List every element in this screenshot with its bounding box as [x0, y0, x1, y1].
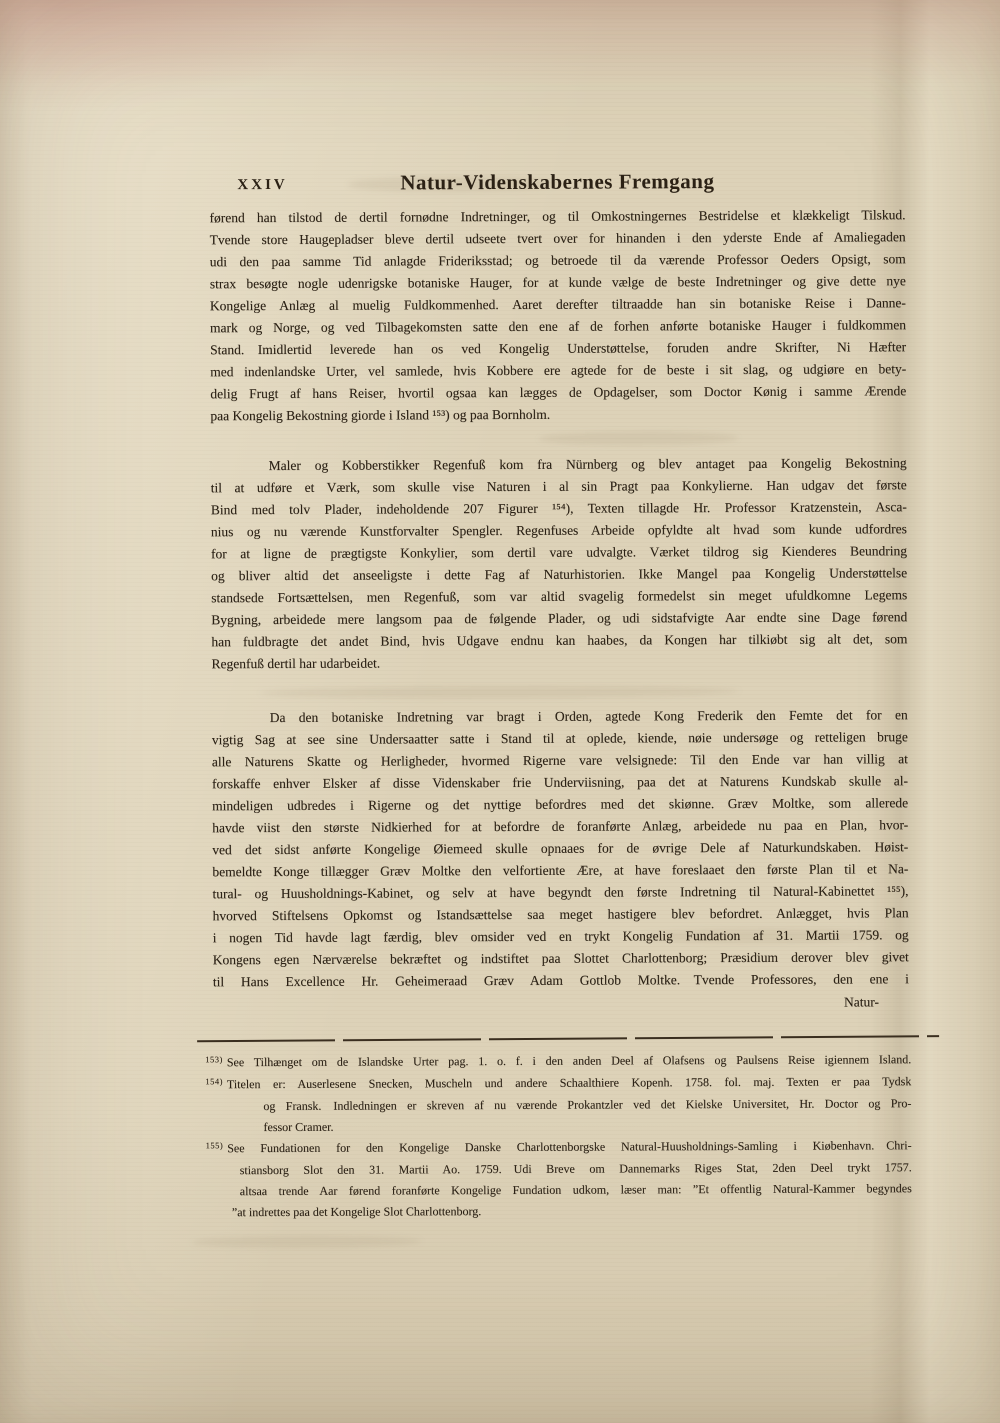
line-text: og bliver altid det anseeligste i dette … — [211, 565, 907, 583]
text-line: med indenlandske Urter, vel samlede, hvi… — [210, 358, 906, 383]
line-text: til at udføre et Værk, som skulle vise N… — [211, 477, 907, 495]
line-text: Maler og Kobberstikker Regenfuß kom fra … — [269, 455, 907, 473]
footnote-text: Titelen er: Auserlesene Snecken, Muschel… — [227, 1074, 911, 1091]
line-text: med indenlandske Urter, vel samlede, hvi… — [210, 361, 906, 379]
footnote-line: 153)See Tilhænget om de Islandske Urter … — [205, 1049, 911, 1074]
line-text: mark og Norge, og ved Tilbagekomsten sat… — [210, 317, 906, 335]
text-line: Kongens egen Nærværelse bekræftet og ind… — [213, 946, 909, 971]
line-text: forskaffe enhver Elsker af disse Vidensk… — [212, 773, 908, 791]
text-line: Da den botaniske Indretning var bragt i … — [212, 704, 908, 729]
line-text: førend han tilstod de dertil fornødne In… — [209, 207, 905, 225]
text-line: til Hans Excellence Hr. Geheimeraad Græv… — [213, 968, 909, 993]
footnote-text: altsaa trende Aar førend foranførte Kong… — [240, 1181, 912, 1198]
text-line: Stand. Imidlertid leverede han os ved Ko… — [210, 336, 906, 361]
line-text: hvorved Stiftelsens Opkomst og Istandsæt… — [213, 905, 909, 923]
footnote-marker: 155) — [206, 1140, 224, 1150]
line-text: alle Naturens Skatte og Herligheder, hvo… — [212, 751, 908, 769]
text-line: han fuldbragte det andet Bind, hvis Udga… — [211, 628, 907, 653]
footnote-line: 155)See Fundationen for den Kongelige Da… — [206, 1135, 912, 1160]
text-line: 1760.mark og Norge, og ved Tilbagekomste… — [210, 314, 906, 339]
page-content: XXIV Natur-Videnskabernes Fremgang føren… — [0, 0, 1000, 1423]
line-text: bemeldte Konge tillægger Græv Moltke den… — [212, 861, 908, 879]
text-line: 1758.til at udføre et Værk, som skulle v… — [211, 474, 907, 499]
paragraph: førend han tilstod de dertil fornødne In… — [209, 204, 906, 427]
body-text: førend han tilstod de dertil fornødne In… — [209, 204, 908, 993]
text-line: forskaffe enhver Elsker af disse Vidensk… — [212, 770, 908, 795]
page-header: XXIV Natur-Videnskabernes Fremgang — [209, 168, 905, 203]
text-line: vigtig Sag at see sine Undersaatter satt… — [212, 726, 908, 751]
line-text: Tvende store Haugepladser bleve dertil u… — [210, 229, 906, 247]
text-line: delig Frugt af hans Reiser, hvortil ogsa… — [210, 380, 906, 405]
line-text: Da den botaniske Indretning var bragt i … — [270, 707, 908, 725]
text-line: hvorved Stiftelsens Opkomst og Istandsæt… — [213, 902, 909, 927]
line-text: Kongens egen Nærværelse bekræftet og ind… — [213, 949, 909, 967]
footnote-text: ”at indrettes paa det Kongelige Slot Cha… — [232, 1204, 481, 1219]
line-text: mindeligen udbredes i Rigerne og det nyt… — [212, 795, 908, 813]
text-line: førend han tilstod de dertil fornødne In… — [209, 204, 905, 229]
text-line: og bliver altid det anseeligste i dette … — [211, 562, 907, 587]
text-line: Bygning, arbeidede mere langsom paa de f… — [211, 606, 907, 631]
paragraph: Da den botaniske Indretning var bragt i … — [212, 704, 909, 993]
line-text: Regenfuß dertil har udarbeidet. — [211, 656, 380, 672]
footnote-marker: 154) — [205, 1076, 223, 1086]
text-line: 1756.tural- og Huusholdnings-Kabinet, og… — [212, 880, 908, 905]
text-line: standsede Fortsættelsen, men Regenfuß, s… — [211, 584, 907, 609]
paragraph: 1756.Maler og Kobberstikker Regenfuß kom… — [211, 452, 908, 675]
footnote-text: stiansborg Slot den 31. Martii Ao. 1759.… — [240, 1160, 912, 1177]
footnote-line: ”at indrettes paa det Kongelige Slot Cha… — [206, 1199, 912, 1223]
text-line: 1756.Maler og Kobberstikker Regenfuß kom… — [211, 452, 907, 477]
text-line: havde viist den største Nidkierhed for a… — [212, 814, 908, 839]
line-text: strax besøgte nogle udenrigske botaniske… — [210, 273, 906, 291]
line-text: Stand. Imidlertid leverede han os ved Ko… — [210, 339, 906, 357]
footnotes: 153)See Tilhænget om de Islandske Urter … — [205, 1049, 912, 1223]
ink-showthrough — [192, 1235, 422, 1248]
text-line: i nogen Tid havde lagt færdig, blev omsi… — [213, 924, 909, 949]
line-text: ved det sidst anførte Kongelige Øiemeed … — [212, 839, 908, 857]
line-text: i nogen Tid havde lagt færdig, blev omsi… — [213, 927, 909, 945]
text-line: nius og nu værende Kunstforvalter Spengl… — [211, 518, 907, 543]
running-title: Natur-Videnskabernes Fremgang — [209, 168, 905, 196]
line-text: vigtig Sag at see sine Undersaatter satt… — [212, 729, 908, 747]
line-text: nius og nu værende Kunstforvalter Spengl… — [211, 521, 907, 539]
catchword: Natur- — [844, 994, 879, 1010]
text-line: strax besøgte nogle udenrigske botaniske… — [210, 270, 906, 295]
text-line: Tvende store Haugepladser bleve dertil u… — [210, 226, 906, 251]
line-text: Bygning, arbeidede mere langsom paa de f… — [211, 609, 907, 627]
footnote-text: See Tilhænget om de Islandske Urter pag.… — [227, 1052, 911, 1069]
line-text: paa Kongelig Bekostning giorde i Island … — [210, 407, 550, 423]
footnote-text: See Fundationen for den Kongelige Danske… — [227, 1138, 911, 1155]
line-text: Bind med tolv Plader, indeholdende 207 F… — [211, 499, 907, 517]
footnote-text: fessor Cramer. — [263, 1120, 333, 1134]
footnote-text: og Fransk. Indledningen er skreven af nu… — [263, 1096, 911, 1113]
line-text: udi den paa samme Tid anlagde Friderikss… — [210, 251, 906, 269]
text-line: Bind med tolv Plader, indeholdende 207 F… — [211, 496, 907, 521]
footnote-line: 154)Titelen er: Auserlesene Snecken, Mus… — [205, 1071, 911, 1096]
line-text: delig Frugt af hans Reiser, hvortil ogsa… — [210, 383, 906, 401]
footnote-marker: 153) — [205, 1054, 223, 1064]
book-page: XXIV Natur-Videnskabernes Fremgang føren… — [0, 0, 1000, 1423]
line-text: Kongelige Anlæg al muelig Fuldkommenhed.… — [210, 295, 906, 313]
text-line: 1755.Kongelige Anlæg al muelig Fuldkomme… — [210, 292, 906, 317]
text-line: 1764.paa Kongelig Bekostning giorde i Is… — [210, 402, 906, 427]
line-text: havde viist den største Nidkierhed for a… — [212, 817, 908, 835]
line-text: han fuldbragte det andet Bind, hvis Udga… — [211, 631, 907, 649]
text-line: for at ligne de prægtigste Konkylier, so… — [211, 540, 907, 565]
footnote-separator-rule — [197, 1035, 939, 1042]
text-line: 1754.udi den paa samme Tid anlagde Fride… — [210, 248, 906, 273]
text-line: Regenfuß dertil har udarbeidet. — [211, 650, 907, 675]
line-text: for at ligne de prægtigste Konkylier, so… — [211, 543, 907, 561]
text-line: ved det sidst anførte Kongelige Øiemeed … — [212, 836, 908, 861]
text-line: mindeligen udbredes i Rigerne og det nyt… — [212, 792, 908, 817]
line-text: standsede Fortsættelsen, men Regenfuß, s… — [211, 587, 907, 605]
line-text: tural- og Huusholdnings-Kabinet, og selv… — [212, 883, 908, 901]
line-text: til Hans Excellence Hr. Geheimeraad Græv… — [213, 971, 909, 989]
text-line: bemeldte Konge tillægger Græv Moltke den… — [212, 858, 908, 883]
text-line: alle Naturens Skatte og Herligheder, hvo… — [212, 748, 908, 773]
